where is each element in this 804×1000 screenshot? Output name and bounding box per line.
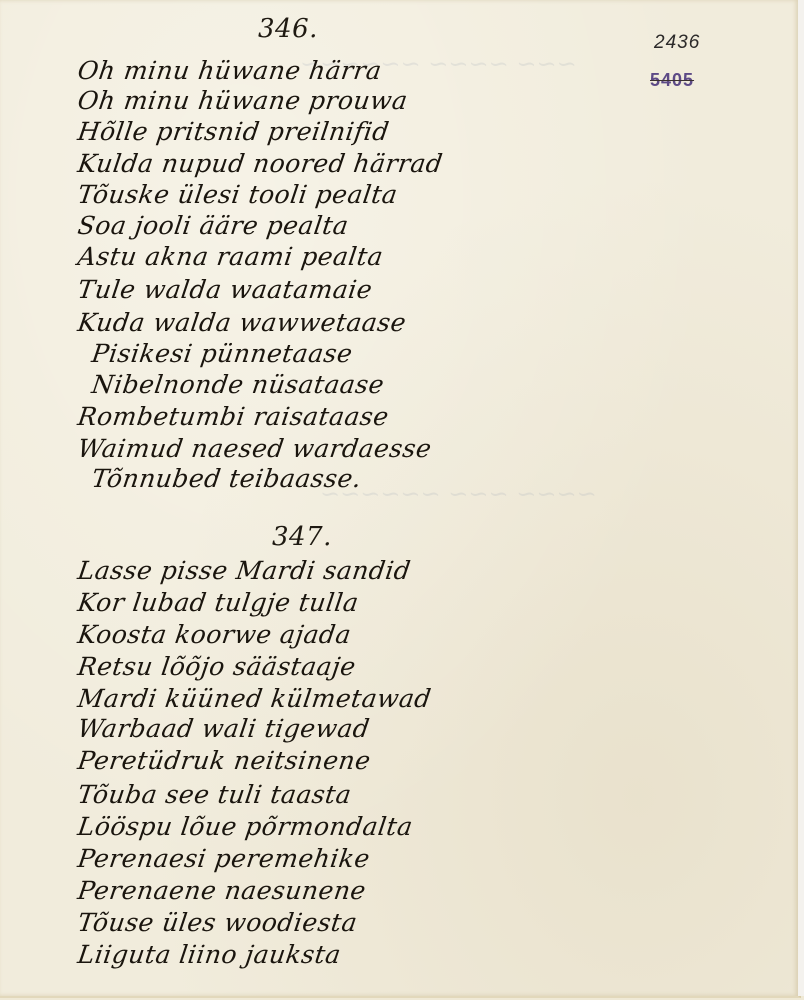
- song-number: 347.: [272, 522, 332, 552]
- verse-line: Liiguta liino jauksta: [76, 942, 342, 967]
- struck-archive-number: 5405: [650, 70, 694, 91]
- verse-line: Tule walda waatamaie: [76, 277, 374, 302]
- verse-line: Waimud naesed wardaesse: [76, 436, 433, 461]
- verse-line: Tõnnubed teibaasse.: [90, 466, 363, 491]
- reverse-side-bleed: ~~~~ ~~~ ~~~~~~: [320, 480, 597, 508]
- manuscript-page: ~~~ ~~~~ ~~~~~~ ~~~~ ~~~ ~~~~~~ 2436 540…: [0, 0, 801, 998]
- verse-line: Lasse pisse Mardi sandid: [76, 558, 412, 583]
- verse-line: Nibelnonde nüsataase: [90, 372, 386, 397]
- verse-line: Warbaad wali tigewad: [76, 716, 371, 741]
- verse-line: Tõuse üles woodiesta: [76, 910, 359, 935]
- verse-line: Retsu lõõjo säästaaje: [76, 654, 357, 679]
- verse-line: Kulda nupud noored härrad: [76, 151, 444, 176]
- verse-line: Rombetumbi raisataase: [76, 404, 390, 429]
- verse-line: Oh minu hüwane härra: [76, 58, 383, 83]
- song-number: 346.: [258, 14, 318, 44]
- verse-line: Tõuske ülesi tooli pealta: [76, 182, 399, 207]
- verse-line: Koosta koorwe ajada: [76, 622, 353, 647]
- archive-number: 2436: [654, 32, 700, 54]
- verse-line: Kor lubad tulgje tulla: [76, 590, 360, 615]
- verse-line: Oh minu hüwane prouwa: [76, 88, 409, 113]
- verse-line: Kuda walda wawwetaase: [76, 310, 408, 335]
- verse-line: Hõlle pritsnid preilnifid: [76, 119, 391, 144]
- verse-line: Soa jooli ääre pealta: [76, 213, 350, 238]
- verse-line: Peretüdruk neitsinene: [76, 748, 372, 773]
- verse-line: Lööspu lõue põrmondalta: [76, 814, 414, 839]
- verse-line: Mardi küüned külmetawad: [76, 686, 433, 711]
- verse-line: Astu akna raami pealta: [76, 244, 385, 269]
- verse-line: Perenaesi peremehike: [76, 846, 371, 871]
- verse-line: Tõuba see tuli taasta: [76, 782, 353, 807]
- verse-line: Perenaene naesunene: [76, 878, 367, 903]
- verse-line: Pisikesi pünnetaase: [90, 341, 354, 366]
